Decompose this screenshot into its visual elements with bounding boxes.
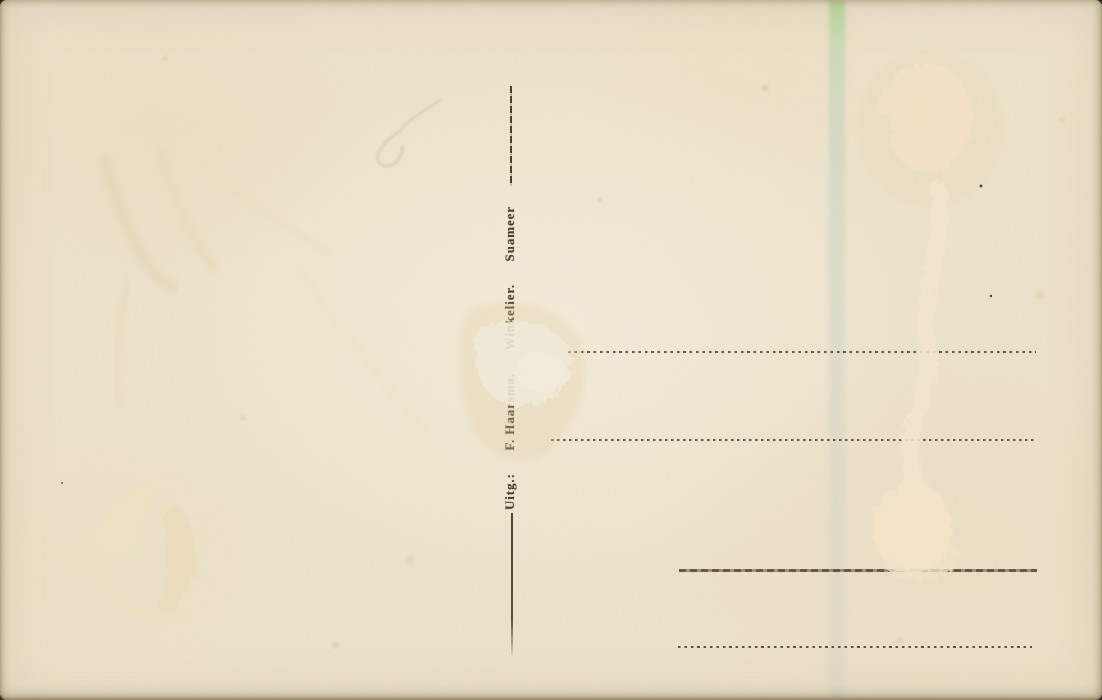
address-line-4 [678, 646, 1032, 648]
address-line-3 [679, 569, 1037, 572]
divider-line-top [510, 86, 512, 186]
imprint-place: Suameer [502, 206, 518, 261]
imprint-publisher-name: F. Haarsma. [502, 373, 518, 451]
address-line-1 [568, 351, 1036, 353]
imprint-occupation: Winkelier. [502, 284, 518, 350]
pencil-scribble [377, 100, 440, 166]
foxing-spots [0, 0, 1102, 700]
paper-grain [0, 0, 1102, 700]
address-line-2 [551, 439, 1036, 441]
glue-squiggle-right [872, 188, 954, 576]
stain-layer [0, 0, 1102, 700]
imprint-prefix: Uitg.: [502, 473, 518, 510]
glue-swirl-lower-left [95, 480, 196, 619]
glue-patch-top-right [858, 50, 1002, 206]
scan-vignette [0, 0, 1102, 700]
emboss-upper-left [105, 152, 428, 436]
publisher-imprint: Uitg.: F. Haarsma. Winkelier. Suameer [501, 206, 518, 510]
divider-line-bottom [511, 513, 513, 655]
postcard-back-scan: Uitg.: F. Haarsma. Winkelier. Suameer [0, 0, 1102, 700]
discoloration-stripe [829, 0, 845, 700]
central-seal-stain [460, 303, 586, 460]
